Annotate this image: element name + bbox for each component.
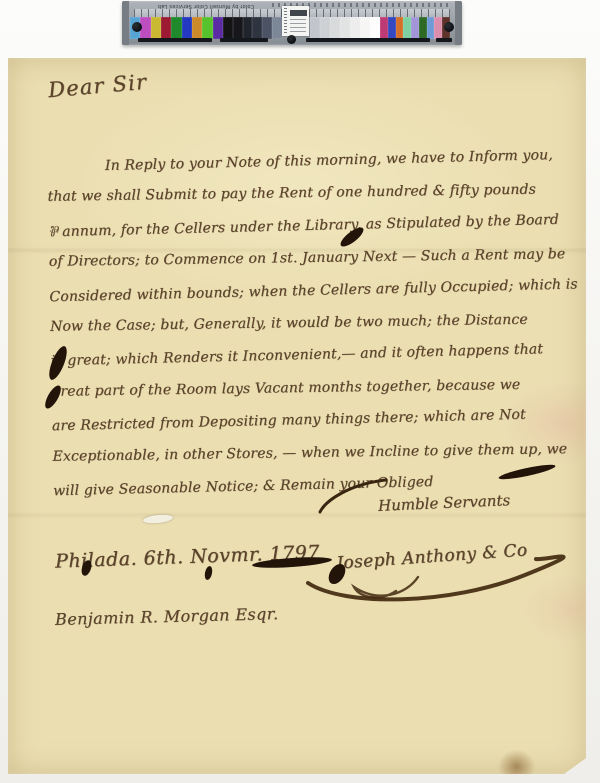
color-patch <box>272 17 282 39</box>
color-patch <box>388 17 396 39</box>
registration-dot <box>287 35 296 44</box>
color-patch <box>427 17 435 39</box>
registration-dot <box>132 22 142 32</box>
color-patch <box>360 17 370 39</box>
left-color-patch-row <box>130 17 223 39</box>
color-patch <box>252 17 262 39</box>
color-patch <box>223 17 233 39</box>
mini-scale-lines <box>290 19 306 33</box>
color-patch <box>182 17 192 39</box>
signature-flourish <box>300 555 550 603</box>
color-patch <box>202 17 212 39</box>
bar-segment <box>220 38 268 42</box>
bar-segment <box>306 38 430 42</box>
color-patch <box>262 17 272 39</box>
color-patch <box>310 17 320 39</box>
color-patch <box>403 17 411 39</box>
calibration-target-label <box>282 6 309 36</box>
bar-end-cap <box>122 1 129 45</box>
color-patch <box>340 17 350 39</box>
color-patch <box>171 17 181 39</box>
color-patch <box>411 17 419 39</box>
color-patch <box>233 17 243 39</box>
color-patch <box>330 17 340 39</box>
color-patch <box>161 17 171 39</box>
color-patch <box>380 17 388 39</box>
mini-ruler-icon <box>284 8 287 34</box>
calibration-bar-text: Color by Munsell Color Services Lab <box>144 2 268 9</box>
bar-segment <box>436 38 452 42</box>
color-patch <box>350 17 360 39</box>
letter-body: In Reply to your Note of this morning, w… <box>47 140 569 506</box>
color-patch <box>370 17 380 39</box>
color-patch <box>192 17 202 39</box>
registration-dot <box>444 22 454 32</box>
color-patch <box>320 17 330 39</box>
color-patch <box>396 17 404 39</box>
color-calibration-bar: Color by Munsell Color Services Lab <box>122 1 462 45</box>
scanned-letter-photo: { "scan": { "background_color": "#f7f6f3… <box>0 0 600 783</box>
color-patch <box>213 17 223 39</box>
mini-density-bar <box>290 10 307 16</box>
color-patch <box>434 17 442 39</box>
ink-flourish <box>316 476 396 516</box>
gray-step-patch-row <box>310 17 380 39</box>
color-patch <box>243 17 253 39</box>
bar-end-cap <box>455 1 462 45</box>
dark-step-patch-row <box>223 17 282 39</box>
color-patch <box>419 17 427 39</box>
bar-segment <box>138 38 212 42</box>
color-patch <box>151 17 161 39</box>
right-color-patch-row <box>380 17 450 39</box>
